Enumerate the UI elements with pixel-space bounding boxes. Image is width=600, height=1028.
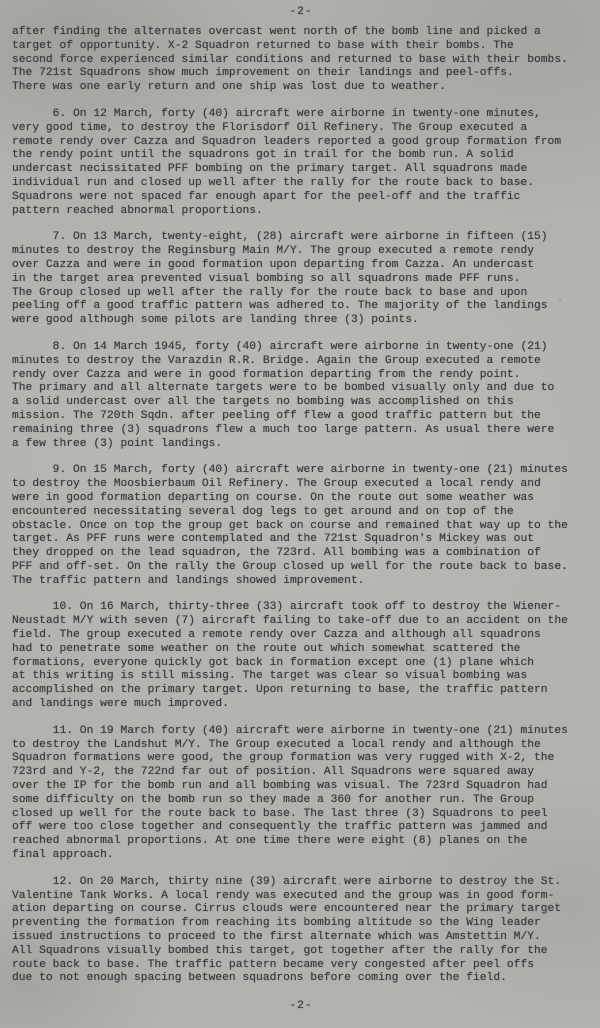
paragraph-item-9: 9. On 15 March, forty (40) aircraft were…: [12, 464, 590, 588]
paragraph-item-10: 10. On 16 March, thirty-three (33) aircr…: [12, 601, 590, 711]
paragraph-item-7: 7. On 13 March, twenty-eight, (28) aircr…: [12, 231, 590, 328]
scanned-report-page: -2- after finding the alternates overcas…: [0, 0, 600, 1028]
paragraph-item-11: 11. On 19 March forty (40) aircraft were…: [12, 725, 590, 863]
page-number-top: -2-: [12, 5, 590, 19]
paragraph-item-6: 6. On 12 March, forty (40) aircraft were…: [12, 108, 590, 218]
page-number-bottom: -2-: [12, 999, 590, 1013]
paragraph-item-8: 8. On 14 March 1945, forty (40) aircraft…: [12, 341, 590, 451]
paragraph-continuation: after finding the alternates overcast we…: [12, 26, 590, 95]
paragraph-item-12: 12. On 20 March, thirty nine (39) aircra…: [12, 876, 590, 986]
